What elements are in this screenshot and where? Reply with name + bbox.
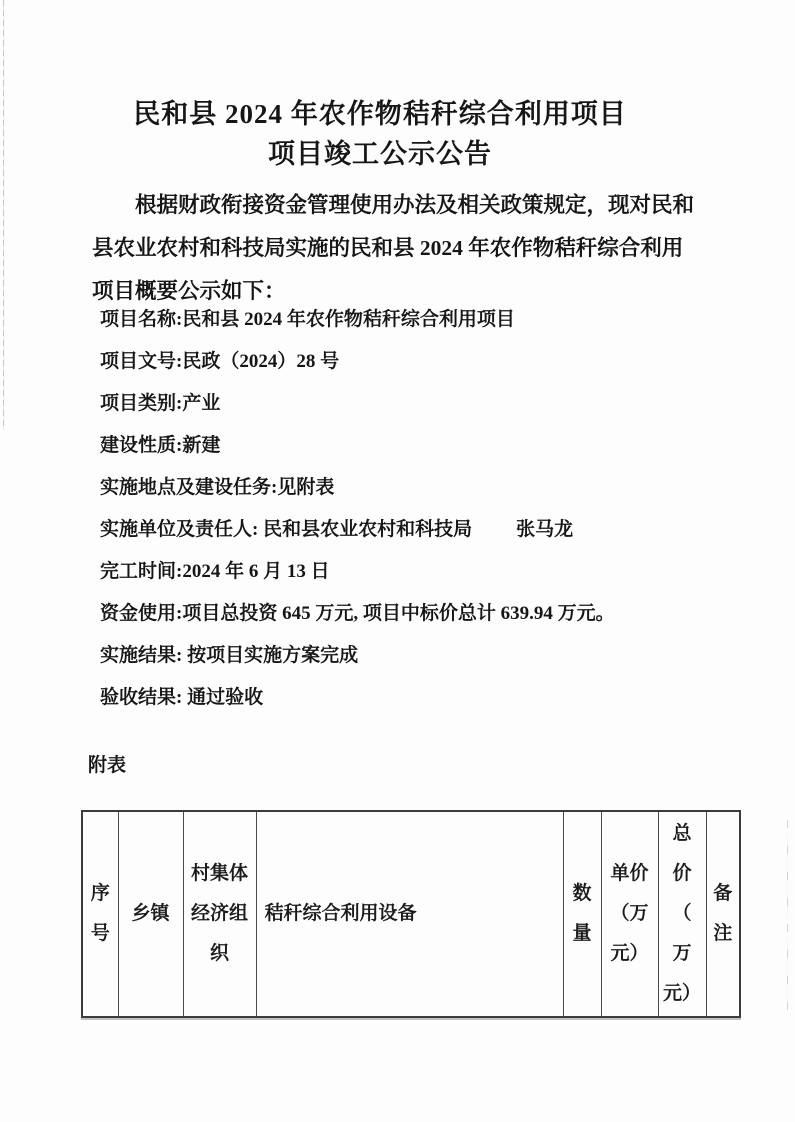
implementing-unit-text: 实施单位及责任人: 民和县农业农村和科技局 xyxy=(100,519,472,540)
detail-line-category: 项目类别:产业 xyxy=(100,383,720,425)
title-line-2: 项目竣工公示公告 xyxy=(60,134,700,174)
col-header-quantity: 数量 xyxy=(563,811,601,1017)
detail-line-acceptance-result: 验收结果: 通过验收 xyxy=(100,677,720,719)
table-header-row: 序号 乡镇 村集体经济组织 秸秆综合利用设备 数量 单价（万元） 总价（万元） … xyxy=(82,811,740,1017)
intro-line: 县农业农村和科技局实施的民和县 2024 年农作物秸秆综合利用 xyxy=(92,227,712,270)
detail-line-nature: 建设性质:新建 xyxy=(100,425,720,467)
col-header-township: 乡镇 xyxy=(118,811,183,1017)
detail-line-implementing-unit: 实施单位及责任人: 民和县农业农村和科技局张马龙 xyxy=(100,509,720,551)
title-line-1: 民和县 2024 年农作物秸秆综合利用项目 xyxy=(60,94,700,134)
intro-line: 根据财政衔接资金管理使用办法及相关政策规定，现对民和 xyxy=(92,184,712,227)
scan-artifact-left xyxy=(3,0,4,430)
col-header-unit-price: 单价（万元） xyxy=(601,811,658,1017)
project-details: 项目名称:民和县 2024 年农作物秸秆综合利用项目 项目文号:民政（2024）… xyxy=(100,299,720,719)
detail-line-funds-usage: 资金使用:项目总投资 645 万元, 项目中标价总计 639.94 万元。 xyxy=(100,593,720,635)
detail-line-document-no: 项目文号:民政（2024）28 号 xyxy=(100,341,720,383)
col-header-straw-equipment: 秸秆综合利用设备 xyxy=(256,811,563,1017)
detail-line-location-tasks: 实施地点及建设任务:见附表 xyxy=(100,467,720,509)
document-title: 民和县 2024 年农作物秸秆综合利用项目 项目竣工公示公告 xyxy=(60,94,700,174)
detail-line-project-name: 项目名称:民和县 2024 年农作物秸秆综合利用项目 xyxy=(100,299,720,341)
responsible-person: 张马龙 xyxy=(516,519,573,540)
detail-line-completion-date: 完工时间:2024 年 6 月 13 日 xyxy=(100,551,720,593)
col-header-serial-no: 序号 xyxy=(82,811,118,1017)
col-header-village-collective: 村集体经济组织 xyxy=(183,811,256,1017)
attachment-label: 附表 xyxy=(88,745,126,787)
appendix-table: 序号 乡镇 村集体经济组织 秸秆综合利用设备 数量 单价（万元） 总价（万元） … xyxy=(81,810,741,1018)
detail-line-implementation-result: 实施结果: 按项目实施方案完成 xyxy=(100,635,720,677)
col-header-remarks: 备注 xyxy=(706,811,740,1017)
scan-artifact-right xyxy=(787,820,788,1010)
document-page: 民和县 2024 年农作物秸秆综合利用项目 项目竣工公示公告 根据财政衔接资金管… xyxy=(0,0,795,1122)
intro-paragraph: 根据财政衔接资金管理使用办法及相关政策规定，现对民和 县农业农村和科技局实施的民… xyxy=(92,184,712,313)
col-header-total-price: 总价（万元） xyxy=(658,811,706,1017)
